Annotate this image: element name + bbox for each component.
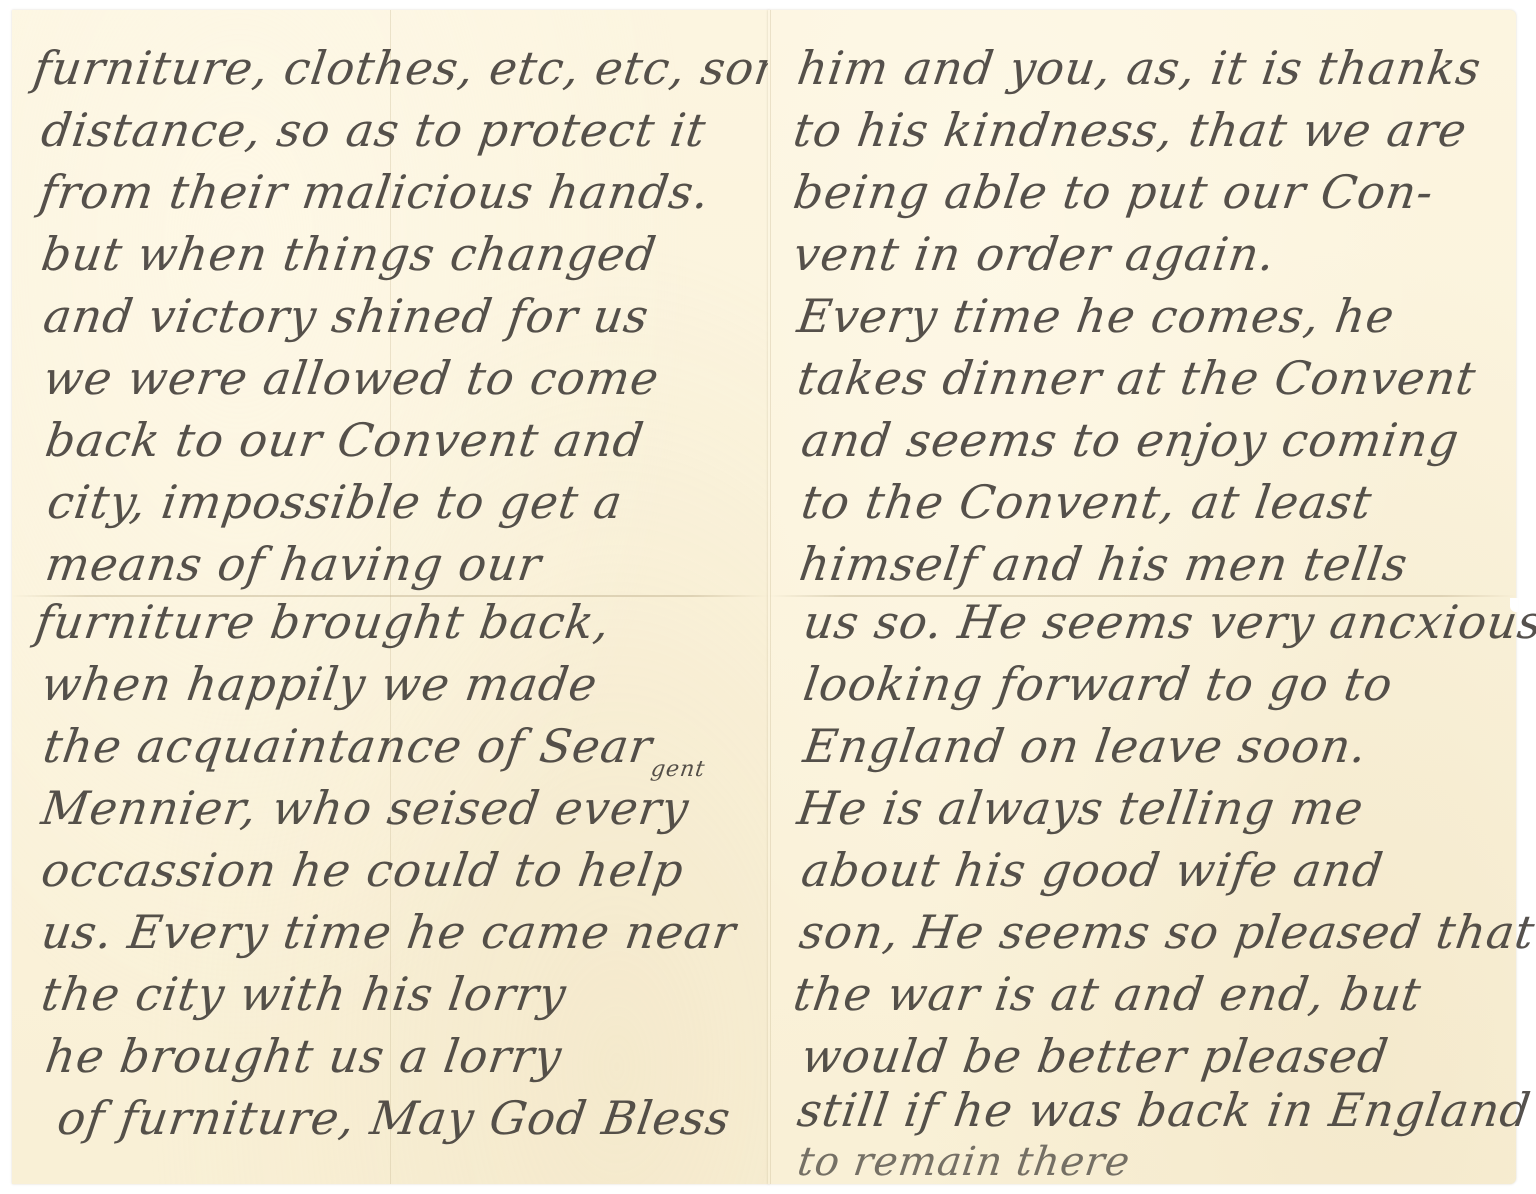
handwritten-line: about his good wife and <box>798 842 1387 898</box>
handwritten-line: back to our Convent and <box>42 412 648 468</box>
handwritten-line: we were allowed to come <box>40 350 663 406</box>
letter-page-right: him and you, as, it is thanks to his kin… <box>768 10 1516 1184</box>
line-text: the acquaintance of Sear <box>40 719 656 773</box>
handwritten-line: distance, so as to protect it <box>38 102 710 158</box>
handwritten-line: to the Convent, at least <box>798 474 1376 530</box>
letter-scan: furniture, clothes, etc, etc, some dista… <box>0 0 1536 1194</box>
handwritten-line: the city with his lorry <box>38 966 570 1022</box>
handwritten-line: him and you, as, it is thanks <box>794 40 1485 96</box>
handwritten-line: he brought us a lorry <box>42 1028 566 1084</box>
handwritten-line: furniture brought back, <box>32 594 614 650</box>
handwritten-line: but when things changed <box>38 226 660 282</box>
superscript-continuation: gent <box>649 757 707 782</box>
handwritten-line: Every time he comes, he <box>794 288 1398 344</box>
handwritten-line: us so. He seems very ancxiously <box>800 594 1536 650</box>
handwritten-line: looking forward to go to <box>800 656 1397 712</box>
handwritten-line: occassion he could to help <box>38 842 688 898</box>
handwritten-line: and seems to enjoy coming <box>798 412 1463 468</box>
handwritten-line: Mennier, who seised every <box>38 780 693 836</box>
letter-page-left: furniture, clothes, etc, etc, some dista… <box>12 10 769 1184</box>
handwritten-line: us. Every time he came near <box>38 904 740 960</box>
handwritten-line: to remain there <box>794 1134 1134 1190</box>
vertical-fold-crease <box>770 10 771 1184</box>
handwritten-line: of furniture, May God Bless <box>54 1090 734 1146</box>
handwritten-line: city, impossible to get a <box>44 474 626 530</box>
handwritten-line: means of having our <box>42 536 545 592</box>
handwritten-line: England on leave soon. <box>800 718 1371 774</box>
handwritten-line: to his kindness, that we are <box>790 102 1471 158</box>
handwritten-line: would be better pleased <box>798 1028 1392 1084</box>
handwritten-line: takes dinner at the Convent <box>794 350 1480 406</box>
handwritten-line: the war is at and end, but <box>790 966 1425 1022</box>
handwritten-line: being able to put our Con- <box>790 164 1437 220</box>
handwritten-line: and victory shined for us <box>40 288 653 344</box>
handwritten-line: vent in order again. <box>790 226 1279 282</box>
handwritten-line: from their malicious hands. <box>36 164 713 220</box>
handwritten-line: still if he was back in England <box>794 1082 1535 1138</box>
handwritten-line: son, He seems so pleased that <box>796 904 1536 960</box>
handwritten-line: He is always telling me <box>794 780 1367 836</box>
handwritten-line: himself and his men tells <box>796 536 1412 592</box>
handwritten-line: when happily we made <box>38 656 601 712</box>
handwritten-line: furniture, clothes, etc, etc, some <box>30 40 831 96</box>
